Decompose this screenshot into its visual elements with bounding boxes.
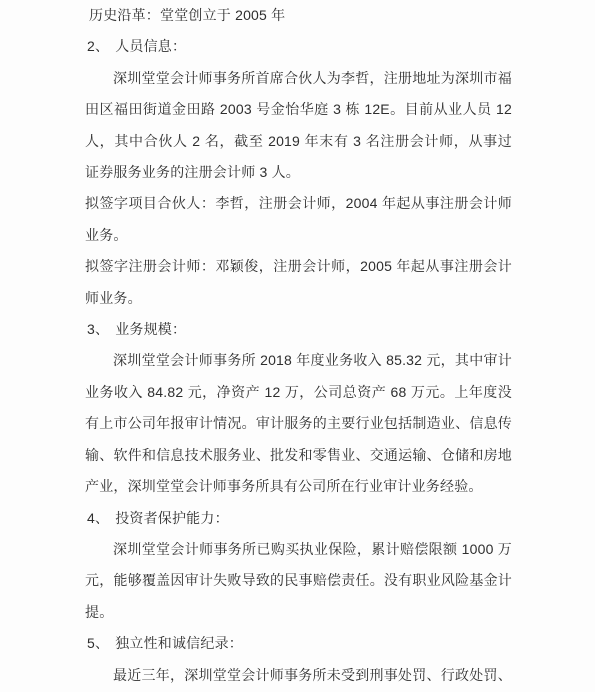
section-title: 业务规模：	[115, 321, 186, 337]
section-title: 独立性和诚信纪录：	[115, 635, 243, 651]
section-number: 4、	[87, 503, 109, 534]
paragraph-firm-personnel: 深圳堂堂会计师事务所首席合伙人为李哲，注册地址为深圳市福田区福田街道金田路 20…	[85, 63, 512, 189]
section-heading-business-scale: 3、业务规模：	[87, 314, 512, 345]
paragraph-business-scale: 深圳堂堂会计师事务所 2018 年度业务收入 85.32 元，其中审计业务收入 …	[85, 345, 512, 502]
history-line: 历史沿革：堂堂创立于 2005 年	[89, 0, 512, 31]
paragraph-independence: 最近三年，深圳堂堂会计师事务所未受到刑事处罚、行政处罚、	[85, 660, 512, 691]
section-heading-personnel: 2、人员信息：	[87, 31, 512, 62]
section-heading-investor-protection: 4、投资者保护能力：	[87, 503, 512, 534]
section-number: 3、	[87, 314, 109, 345]
document-body: 历史沿革：堂堂创立于 2005 年 2、人员信息： 深圳堂堂会计师事务所首席合伙…	[0, 0, 595, 691]
section-number: 5、	[87, 628, 109, 659]
section-number: 2、	[87, 31, 109, 62]
section-title: 人员信息：	[115, 38, 186, 54]
section-heading-independence: 5、独立性和诚信纪录：	[87, 628, 512, 659]
paragraph-signing-partner: 拟签字项目合伙人：李哲，注册会计师，2004 年起从事注册会计师业务。	[85, 188, 512, 251]
section-title: 投资者保护能力：	[115, 510, 229, 526]
document-page: 历史沿革：堂堂创立于 2005 年 2、人员信息： 深圳堂堂会计师事务所首席合伙…	[0, 0, 595, 692]
paragraph-signing-cpa: 拟签字注册会计师：邓颖俊，注册会计师，2005 年起从事注册会计师业务。	[85, 251, 512, 314]
paragraph-investor-protection: 深圳堂堂会计师事务所已购买执业保险，累计赔偿限额 1000 万元，能够覆盖因审计…	[85, 534, 512, 628]
